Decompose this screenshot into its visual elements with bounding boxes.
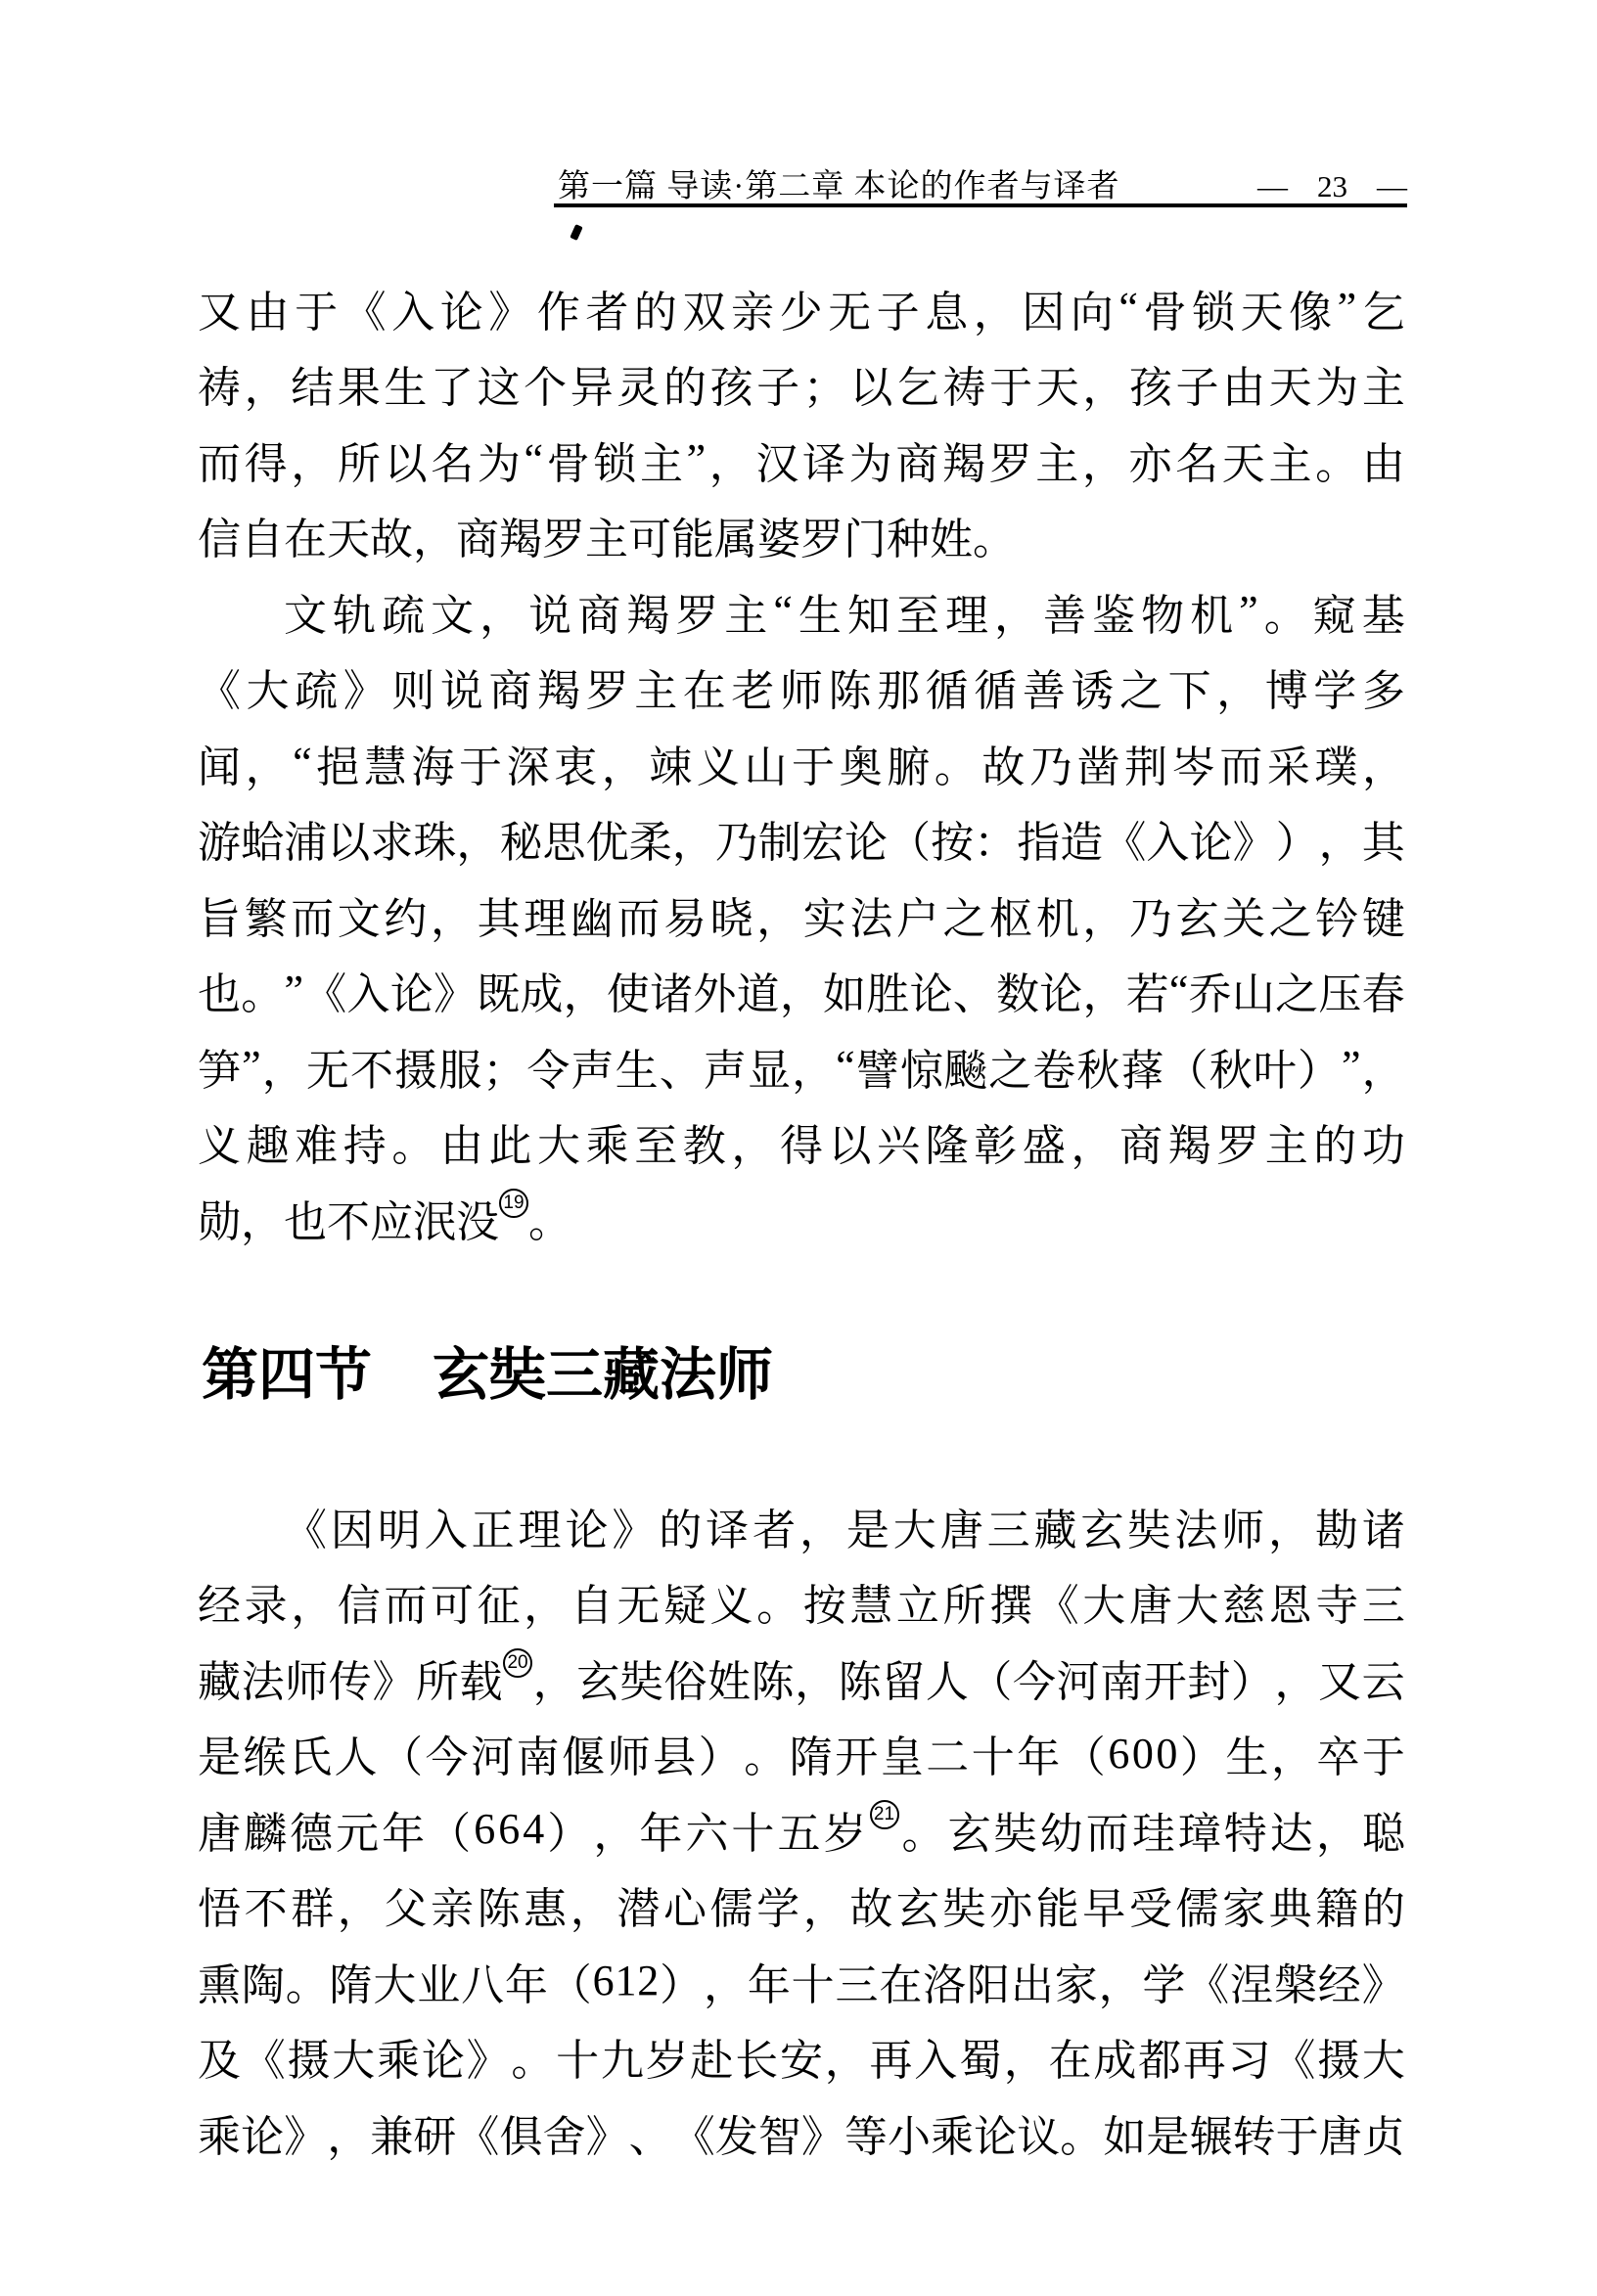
text-char: ， bbox=[564, 959, 607, 1021]
text-char: 亲 bbox=[431, 1873, 474, 1936]
text-char: 师 bbox=[608, 1722, 651, 1784]
text-char: 因 bbox=[1022, 277, 1065, 339]
text-char: 不 bbox=[245, 1873, 288, 1936]
footnote-ref: 21 bbox=[870, 1800, 899, 1829]
text-char: 大 bbox=[332, 2025, 375, 2088]
text-char: 玄 bbox=[1175, 883, 1218, 946]
text-char: 明 bbox=[378, 1495, 421, 1557]
text-char: 习 bbox=[1228, 2025, 1271, 2088]
text-char: 数 bbox=[996, 959, 1039, 1021]
text-char: 惊 bbox=[900, 1035, 943, 1098]
text-char: 玄 bbox=[576, 1646, 619, 1709]
text-char: 》 bbox=[488, 277, 531, 339]
text-char: 卷 bbox=[1032, 1035, 1075, 1098]
text-char: 论 bbox=[390, 959, 433, 1021]
text-char: 隋 bbox=[330, 1950, 373, 2012]
text-char: 0 bbox=[1132, 1729, 1154, 1778]
text-char: 疏 bbox=[382, 580, 425, 643]
text-char: 理 bbox=[945, 580, 988, 643]
text-char: 而 bbox=[616, 883, 660, 946]
text-char: 玄 bbox=[948, 1798, 991, 1861]
text-char: 。 bbox=[756, 1570, 799, 1633]
text-char: ， bbox=[291, 1570, 334, 1633]
text-char: 竦 bbox=[649, 732, 692, 794]
text-char: 珠 bbox=[413, 807, 456, 870]
text-char: 结 bbox=[291, 352, 334, 415]
text-char: 不 bbox=[350, 1035, 393, 1098]
text-char: 恩 bbox=[1269, 1570, 1312, 1633]
text-char: 此 bbox=[488, 1110, 531, 1173]
text-char: 乃 bbox=[1029, 732, 1072, 794]
text-char: 兴 bbox=[877, 1110, 920, 1173]
text-char: 是 bbox=[198, 1722, 241, 1784]
text-char: 善 bbox=[1043, 580, 1086, 643]
text-char: 罗 bbox=[1216, 1110, 1259, 1173]
text-char: 主 bbox=[1268, 428, 1311, 491]
text-char: 所 bbox=[338, 428, 381, 491]
text-char: 安 bbox=[780, 2025, 823, 2088]
text-char: 其 bbox=[478, 883, 521, 946]
text-char: 者 bbox=[585, 277, 628, 339]
text-char: 摄 bbox=[288, 2025, 331, 2088]
text-line: 及《摄大乘论》。十九岁赴长安，再入蜀，在成都再习《摄大 bbox=[198, 2019, 1405, 2095]
text-char: 制 bbox=[758, 807, 801, 870]
text-char: 家 bbox=[1222, 1873, 1265, 1936]
text-char: 》 bbox=[801, 2101, 844, 2164]
text-char: 姓 bbox=[707, 1646, 751, 1709]
text-char: 为 bbox=[849, 428, 892, 491]
text-char: 璞 bbox=[1314, 732, 1357, 794]
text-char: 灵 bbox=[616, 352, 660, 415]
text-char: 罗 bbox=[675, 580, 718, 643]
text-char: 鉴 bbox=[1092, 580, 1135, 643]
text-char: 以 bbox=[327, 807, 370, 870]
text-char: 洛 bbox=[923, 1950, 966, 2012]
text-char: 果 bbox=[338, 352, 381, 415]
text-char: 学 bbox=[1313, 655, 1356, 718]
text-char: 大 bbox=[893, 1495, 936, 1557]
text-char: 宏 bbox=[801, 807, 844, 870]
text-line: 文轨疏文，说商羯罗主“生知至理，善鉴物机”。窥基 bbox=[198, 573, 1405, 650]
text-char: 外 bbox=[693, 959, 736, 1021]
text-char: 乞 bbox=[896, 352, 939, 415]
text-char: 陈 bbox=[839, 1646, 882, 1709]
text-char: 议 bbox=[1017, 2101, 1060, 2164]
text-char: 下 bbox=[1168, 655, 1211, 718]
text-char: 由 bbox=[440, 1110, 483, 1173]
text-char: 所 bbox=[416, 1646, 459, 1709]
text-char: 大 bbox=[1175, 1570, 1218, 1633]
text-char: ， bbox=[672, 807, 715, 870]
text-char: 。 bbox=[511, 2025, 554, 2088]
text-char: 学 bbox=[756, 1873, 799, 1936]
text-char: 年 bbox=[639, 1798, 682, 1861]
text-char: ， bbox=[1268, 1495, 1311, 1557]
text-char: 商 bbox=[895, 428, 938, 491]
text-char: 入 bbox=[425, 1495, 468, 1557]
text-char: 商 bbox=[488, 655, 531, 718]
text-char: 唐 bbox=[1129, 1570, 1172, 1633]
text-char: 幼 bbox=[1040, 1798, 1083, 1861]
text-char: 、 bbox=[953, 959, 996, 1021]
text-char: 奘 bbox=[994, 1798, 1037, 1861]
text-char: 义 bbox=[710, 1570, 753, 1633]
text-char: ， bbox=[1216, 655, 1259, 718]
text-char: 陈 bbox=[478, 1873, 521, 1936]
text-char: 学 bbox=[1142, 1950, 1185, 2012]
text-char: 0 bbox=[1156, 1729, 1177, 1778]
text-char: 又 bbox=[1318, 1646, 1361, 1709]
text-char: 为 bbox=[478, 428, 521, 491]
text-char: 《 bbox=[1036, 1570, 1079, 1633]
text-char: 隆 bbox=[926, 1110, 969, 1173]
text-char: 《 bbox=[1272, 2025, 1315, 2088]
text-char: 熏 bbox=[198, 1950, 241, 2012]
running-header-title: 第一篇 导读·第二章 本论的作者与译者 bbox=[558, 160, 1120, 206]
text-char: （ bbox=[428, 1798, 471, 1861]
text-char: 大 bbox=[247, 655, 290, 718]
text-char: 羯 bbox=[942, 428, 985, 491]
text-char: 向 bbox=[1071, 277, 1114, 339]
text-char: 深 bbox=[507, 732, 550, 794]
text-char: ， bbox=[338, 1873, 381, 1936]
text-char: ） bbox=[1180, 1722, 1223, 1784]
text-char: 及 bbox=[198, 2025, 241, 2088]
text-char: 转 bbox=[1233, 2101, 1276, 2164]
text-char: ， bbox=[431, 883, 474, 946]
text-char: 得 bbox=[780, 1110, 823, 1173]
text-char: 年 bbox=[505, 1950, 548, 2012]
text-char: 。 bbox=[1264, 580, 1307, 643]
text-char: 可 bbox=[431, 1570, 474, 1633]
text-char: 译 bbox=[802, 428, 845, 491]
text-char: 诱 bbox=[1071, 655, 1114, 718]
text-char: 。 bbox=[744, 1722, 787, 1784]
text-char: 。 bbox=[1315, 428, 1358, 491]
text-char: 》 bbox=[343, 655, 387, 718]
text-char: 既 bbox=[477, 959, 520, 1021]
text-char: 如 bbox=[823, 959, 866, 1021]
text-char: ， bbox=[327, 2101, 370, 2164]
text-char: 征 bbox=[478, 1570, 521, 1633]
text-char: 。 bbox=[1060, 2101, 1103, 2164]
text-char: 三 bbox=[1362, 1570, 1405, 1633]
text-char: ， bbox=[533, 1646, 576, 1709]
text-char: 今 bbox=[426, 1722, 469, 1784]
text-line: 《大疏》则说商羯罗主在老师陈那循循善诱之下，博学多 bbox=[198, 650, 1405, 726]
text-char: ， bbox=[825, 2025, 868, 2088]
text-char: 、 bbox=[660, 1035, 703, 1098]
text-char: 而 bbox=[198, 428, 241, 491]
text-char: “ bbox=[524, 434, 543, 484]
text-char: 服 bbox=[438, 1035, 481, 1098]
text-char: 于 bbox=[1276, 2101, 1319, 2164]
text-line: 祷，结果生了这个异灵的孩子；以乞祷于天，孩子由天为主 bbox=[198, 346, 1405, 423]
text-char: 载 bbox=[459, 1646, 502, 1709]
text-char: 文 bbox=[338, 883, 381, 946]
text-char: 循 bbox=[974, 655, 1017, 718]
text-char: 多 bbox=[1362, 655, 1405, 718]
text-char: ， bbox=[756, 883, 799, 946]
text-char: 声 bbox=[571, 1035, 615, 1098]
text-char: 父 bbox=[384, 1873, 427, 1936]
text-char: 乔 bbox=[1189, 959, 1232, 1021]
text-char: 盛 bbox=[1023, 1110, 1066, 1173]
text-char: 是 bbox=[846, 1495, 890, 1557]
text-char: 的 bbox=[1313, 1110, 1356, 1173]
text-char: 河 bbox=[1057, 1646, 1100, 1709]
text-char: 今 bbox=[1013, 1646, 1056, 1709]
text-char: 大 bbox=[373, 1950, 416, 2012]
text-char: 德 bbox=[290, 1798, 333, 1861]
text-char: 译 bbox=[706, 1495, 749, 1557]
text-char: 传 bbox=[329, 1646, 372, 1709]
text-char: 舍 bbox=[543, 2101, 586, 2164]
text-char: ， bbox=[731, 1110, 774, 1173]
text-char: ， bbox=[570, 1873, 614, 1936]
text-line: 乘论》，兼研《俱舍》、《发智》等小乘论议。如是辗转于唐贞 bbox=[198, 2094, 1405, 2171]
text-char: 聪 bbox=[1362, 1798, 1405, 1861]
text-char: ， bbox=[1316, 1798, 1359, 1861]
text-char: 乃 bbox=[1129, 883, 1172, 946]
text-char: 》 bbox=[586, 2101, 629, 2164]
text-char: 辗 bbox=[1189, 2101, 1232, 2164]
text-char: 祷 bbox=[943, 352, 986, 415]
page-number-group: — 23 — bbox=[1257, 169, 1407, 204]
text-char: 乘 bbox=[586, 1110, 629, 1173]
text-char: 于 bbox=[295, 277, 338, 339]
text-char: 也 bbox=[198, 959, 241, 1021]
text-char: 奥 bbox=[840, 732, 883, 794]
text-char: ） bbox=[699, 1722, 742, 1784]
text-char: 蛤 bbox=[241, 807, 284, 870]
text-char: 大 bbox=[1362, 2025, 1405, 2088]
text-char: （ bbox=[380, 1722, 423, 1784]
text-char: 在 bbox=[683, 655, 726, 718]
text-char: 》 bbox=[1362, 1950, 1405, 2012]
text-char: 陶 bbox=[242, 1950, 285, 2012]
text-char: 名 bbox=[1175, 428, 1218, 491]
text-char: 又 bbox=[198, 277, 241, 339]
text-char: 是 bbox=[1146, 2101, 1189, 2164]
text-char: 儒 bbox=[710, 1873, 753, 1936]
text-char: 十 bbox=[792, 1950, 835, 2012]
text-char: 之 bbox=[988, 1035, 1031, 1098]
text-char: ， bbox=[1362, 732, 1405, 794]
text-char: ， bbox=[974, 277, 1017, 339]
text-char: 隋 bbox=[790, 1722, 833, 1784]
text-char: 受 bbox=[1129, 1873, 1172, 1936]
text-char: 俱 bbox=[499, 2101, 542, 2164]
text-char: 游 bbox=[198, 807, 241, 870]
text-char: 论 bbox=[1189, 807, 1232, 870]
text-line: 也。”《入论》既成，使诸外道，如胜论、数论，若“乔山之压春 bbox=[198, 953, 1405, 1029]
text-char: 业 bbox=[417, 1950, 460, 2012]
text-char: ， bbox=[593, 1798, 636, 1861]
text-char: 奘 bbox=[943, 1873, 986, 1936]
text-char: 藏 bbox=[198, 1646, 241, 1709]
text-char: 主 bbox=[1035, 428, 1078, 491]
text-char: 笋 bbox=[198, 1035, 241, 1098]
text-char: 六 bbox=[685, 1798, 728, 1861]
text-char: 山 bbox=[1232, 959, 1275, 1021]
text-line: 又由于《入论》作者的双亲少无子息，因向“骨锁天像”乞 bbox=[198, 270, 1405, 346]
text-char: 繁 bbox=[245, 883, 288, 946]
text-char: 能 bbox=[1036, 1873, 1079, 1936]
text-char: 则 bbox=[391, 655, 434, 718]
text-char: 留 bbox=[882, 1646, 925, 1709]
text-char: 诸 bbox=[1362, 1495, 1405, 1557]
text-segment: 。 bbox=[528, 1187, 571, 1249]
text-char: 以 bbox=[385, 428, 428, 491]
text-char: 文 bbox=[431, 580, 474, 643]
text-char: 论 bbox=[844, 807, 888, 870]
text-char: 槃 bbox=[1274, 1950, 1317, 2012]
text-char: 骨 bbox=[547, 428, 590, 491]
text-char: ” bbox=[284, 966, 303, 1015]
text-char: ， bbox=[792, 1035, 835, 1098]
text-char: ， bbox=[803, 1873, 846, 1936]
text-char: 令 bbox=[526, 1035, 570, 1098]
text-char: 海 bbox=[411, 732, 454, 794]
text-char: 唐 bbox=[940, 1495, 983, 1557]
text-char: 的 bbox=[1362, 1873, 1405, 1936]
text-char: 人 bbox=[926, 1646, 969, 1709]
text-char: 麟 bbox=[244, 1798, 287, 1861]
text-char: 的 bbox=[663, 352, 707, 415]
text-char: ， bbox=[1082, 883, 1125, 946]
text-char: ） bbox=[1276, 807, 1319, 870]
text-char: 氏 bbox=[289, 1722, 332, 1784]
text-char: 论 bbox=[422, 2025, 465, 2088]
text-char: 俗 bbox=[663, 1646, 707, 1709]
text-char: 凿 bbox=[1077, 732, 1120, 794]
text-char: 因 bbox=[331, 1495, 374, 1557]
text-char: 持 bbox=[343, 1110, 387, 1173]
text-char: 春 bbox=[1362, 959, 1405, 1021]
text-char: 的 bbox=[659, 1495, 702, 1557]
text-char: ， bbox=[994, 580, 1037, 643]
text-char: 入 bbox=[391, 277, 434, 339]
text-char: 陈 bbox=[829, 655, 872, 718]
text-char: 特 bbox=[1224, 1798, 1267, 1861]
text-char: 论 bbox=[1039, 959, 1082, 1021]
text-line: 信自在天故，商羯罗主可能属婆罗门种姓。 bbox=[198, 498, 1405, 574]
text-char: ， bbox=[262, 1035, 305, 1098]
text-char: 使 bbox=[607, 959, 650, 1021]
text-char: ， bbox=[799, 1495, 843, 1557]
text-char: ” bbox=[242, 1041, 261, 1091]
text-char: ， bbox=[1082, 428, 1125, 491]
text-char: 枢 bbox=[989, 883, 1032, 946]
text-line: 藏法师传》所载20，玄奘俗姓陈，陈留人（今河南开封），又云 bbox=[198, 1640, 1405, 1716]
page-number: 23 bbox=[1317, 169, 1347, 204]
text-char: 之 bbox=[943, 883, 986, 946]
text-char: ， bbox=[795, 1646, 838, 1709]
text-char: 慧 bbox=[364, 732, 407, 794]
text-char: 璋 bbox=[1178, 1798, 1221, 1861]
text-char: 旨 bbox=[198, 883, 241, 946]
text-char: 开 bbox=[835, 1722, 878, 1784]
text-char: 论 bbox=[565, 1495, 608, 1557]
text-char: ， bbox=[780, 959, 823, 1021]
text-char: 善 bbox=[1023, 655, 1066, 718]
text-char: 录 bbox=[245, 1570, 288, 1633]
text-char: 乃 bbox=[715, 807, 758, 870]
text-char: 大 bbox=[1082, 1570, 1125, 1633]
text-char: 至 bbox=[634, 1110, 677, 1173]
text-char: 藏 bbox=[1034, 1495, 1077, 1557]
text-char: 而 bbox=[384, 1570, 427, 1633]
text-char: 生 bbox=[1225, 1722, 1268, 1784]
text-char: 师 bbox=[285, 1646, 328, 1709]
text-char: 河 bbox=[471, 1722, 514, 1784]
text-char: 十 bbox=[556, 2025, 599, 2088]
text-char: 了 bbox=[431, 352, 474, 415]
text-char: 唐 bbox=[1319, 2101, 1362, 2164]
text-char: 摄 bbox=[1317, 2025, 1360, 2088]
text-line: 是缑氏人（今河南偃师县）。隋开皇二十年（600）生，卒于 bbox=[198, 1716, 1405, 1792]
text-char: 入 bbox=[1146, 807, 1189, 870]
text-char: ； bbox=[803, 352, 846, 415]
text-char: ： bbox=[974, 807, 1017, 870]
text-char: 关 bbox=[1222, 883, 1265, 946]
text-char: 闻 bbox=[198, 732, 241, 794]
text-char: ； bbox=[482, 1035, 525, 1098]
text-char: ， bbox=[1071, 1110, 1114, 1173]
text-char: 像 bbox=[1289, 277, 1332, 339]
text-char: 涅 bbox=[1230, 1950, 1273, 2012]
text-char: 键 bbox=[1362, 883, 1405, 946]
text-char: 亦 bbox=[989, 1873, 1032, 1936]
text-char: 浦 bbox=[284, 807, 327, 870]
text-char: 为 bbox=[1315, 352, 1358, 415]
text-char: 主 bbox=[634, 655, 677, 718]
text-char: 彰 bbox=[974, 1110, 1017, 1173]
text-char: 再 bbox=[869, 2025, 912, 2088]
text-char: 腑 bbox=[887, 732, 930, 794]
text-char: 群 bbox=[291, 1873, 334, 1936]
text-char: 机 bbox=[1190, 580, 1233, 643]
text-char: “ bbox=[1169, 966, 1189, 1015]
text-char: ， bbox=[1004, 2025, 1047, 2088]
text-char: 立 bbox=[896, 1570, 939, 1633]
text-char: 老 bbox=[731, 655, 774, 718]
text-char: 6 bbox=[498, 1804, 520, 1854]
text-char: 锁 bbox=[593, 428, 636, 491]
text-char: 撰 bbox=[989, 1570, 1032, 1633]
text-char: 成 bbox=[520, 959, 563, 1021]
text-char: 天 bbox=[1222, 428, 1265, 491]
text-char: ， bbox=[245, 352, 288, 415]
text-char: 思 bbox=[543, 807, 586, 870]
text-char: 荆 bbox=[1124, 732, 1167, 794]
text-char: 以 bbox=[849, 352, 892, 415]
text-char: 五 bbox=[777, 1798, 820, 1861]
text-char: 成 bbox=[1093, 2025, 1136, 2088]
text-char: 家 bbox=[1055, 1950, 1098, 2012]
text-char: 作 bbox=[537, 277, 580, 339]
text-char: 达 bbox=[1270, 1798, 1313, 1861]
text-char: 于 bbox=[1362, 1722, 1405, 1784]
text-char: 故 bbox=[981, 732, 1025, 794]
text-line: 旨繁而文约，其理幽而易晓，实法户之枢机，乃玄关之钤键 bbox=[198, 877, 1405, 953]
text-line: 闻，“挹慧海于深衷，竦义山于奥腑。故乃凿荆岑而采璞， bbox=[198, 725, 1405, 801]
text-char: 《 bbox=[672, 2101, 715, 2164]
text-char: 至 bbox=[896, 580, 939, 643]
text-char: 信 bbox=[338, 1570, 381, 1633]
text-char: 。 bbox=[286, 1950, 329, 2012]
